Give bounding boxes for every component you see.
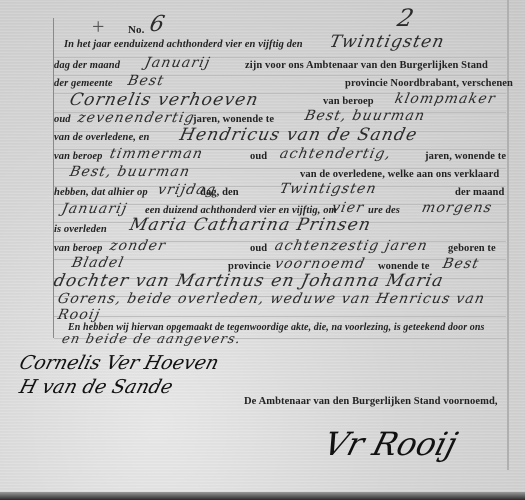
handwritten-parents-status: Gorens, beide overleden, weduwe van Henr…	[56, 291, 486, 307]
signature-witness-2: H van de Sande	[17, 376, 175, 398]
handwritten-closing: en beide de aangevers.	[60, 332, 242, 347]
ruled-line	[54, 316, 506, 317]
printed-text: zijn voor ons Ambtenaar van den Burgerli…	[245, 60, 488, 71]
right-page-edge	[507, 0, 509, 470]
printed-text: oud	[250, 243, 267, 254]
printed-text: oud	[250, 151, 267, 162]
printed-text: dag der maand	[54, 60, 120, 71]
handwritten-residence: Best	[441, 256, 481, 272]
signature-official: Vr Rooij	[320, 425, 462, 463]
handwritten-month: Januarij	[143, 55, 212, 71]
ruled-line	[54, 57, 506, 58]
handwritten-deceased-name: Maria Catharina Prinsen	[128, 215, 373, 235]
printed-text: dag, den	[200, 187, 239, 198]
cross-mark: +	[92, 14, 104, 40]
printed-text: van de overledene, en	[54, 132, 149, 143]
printed-text: In het jaar eenduizend achthonderd vier …	[64, 39, 303, 50]
handwritten-municipality: Best	[126, 73, 166, 89]
printed-text: oud	[54, 114, 71, 125]
handwritten-day: Twintigsten	[328, 32, 447, 52]
certificate-number: 6	[147, 12, 168, 37]
handwritten-residence: Best, buurman	[303, 108, 427, 124]
handwritten-age: achtenzestig jaren	[273, 238, 429, 254]
printed-text: van beroep	[323, 96, 374, 107]
number-label: No.	[128, 24, 145, 36]
printed-text: der gemeente	[54, 78, 113, 89]
handwritten-hour: vier	[330, 200, 366, 216]
handwritten-profession: klompmaker	[393, 91, 497, 107]
signature-witness-1: Cornelis Ver Hoeven	[17, 352, 221, 374]
printed-text: is overleden	[54, 224, 107, 235]
printed-text: van beroep	[54, 243, 103, 254]
corner-mark: 2	[395, 4, 417, 32]
printed-text: geboren te	[448, 243, 496, 254]
printed-text: van beroep	[54, 151, 103, 162]
certificate-page: + No. 6 2 In het jaar eenduizend achthon…	[0, 0, 525, 500]
printed-text: jaren, wonende te	[193, 114, 274, 125]
ruled-line	[54, 75, 506, 76]
handwritten-parents: dochter van Martinus en Johanna Maria	[52, 271, 446, 291]
handwritten-age: achtendertig,	[278, 146, 393, 162]
handwritten-residence: Best, buurman	[68, 164, 192, 180]
handwritten-declarant-2: Hendricus van de Sande	[178, 125, 420, 145]
handwritten-declarant-1: Cornelis verhoeven	[68, 90, 261, 110]
bottom-shadow	[0, 492, 525, 500]
official-caption: De Ambtenaar van den Burgerlijken Stand …	[244, 396, 498, 407]
handwritten-time-of-day: morgens	[420, 200, 494, 216]
handwritten-surname: Rooij	[56, 307, 102, 323]
handwritten-province: voornoemd	[273, 256, 367, 272]
handwritten-profession: zonder	[108, 238, 167, 254]
handwritten-birthplace: Bladel	[70, 255, 125, 271]
printed-text: der maand	[455, 187, 504, 198]
handwritten-day: Twintigsten	[278, 181, 378, 197]
printed-text: provincie Noordbrabant, verschenen	[345, 78, 513, 89]
printed-text: jaren, wonende te	[425, 151, 506, 162]
handwritten-month: Januarij	[60, 201, 129, 217]
handwritten-age: zevenendertig	[76, 110, 196, 126]
printed-text: hebben, dat alhier op	[54, 187, 148, 198]
handwritten-profession: timmerman	[108, 146, 204, 162]
printed-text: van de overledene, welke aan ons verklaa…	[300, 169, 499, 180]
